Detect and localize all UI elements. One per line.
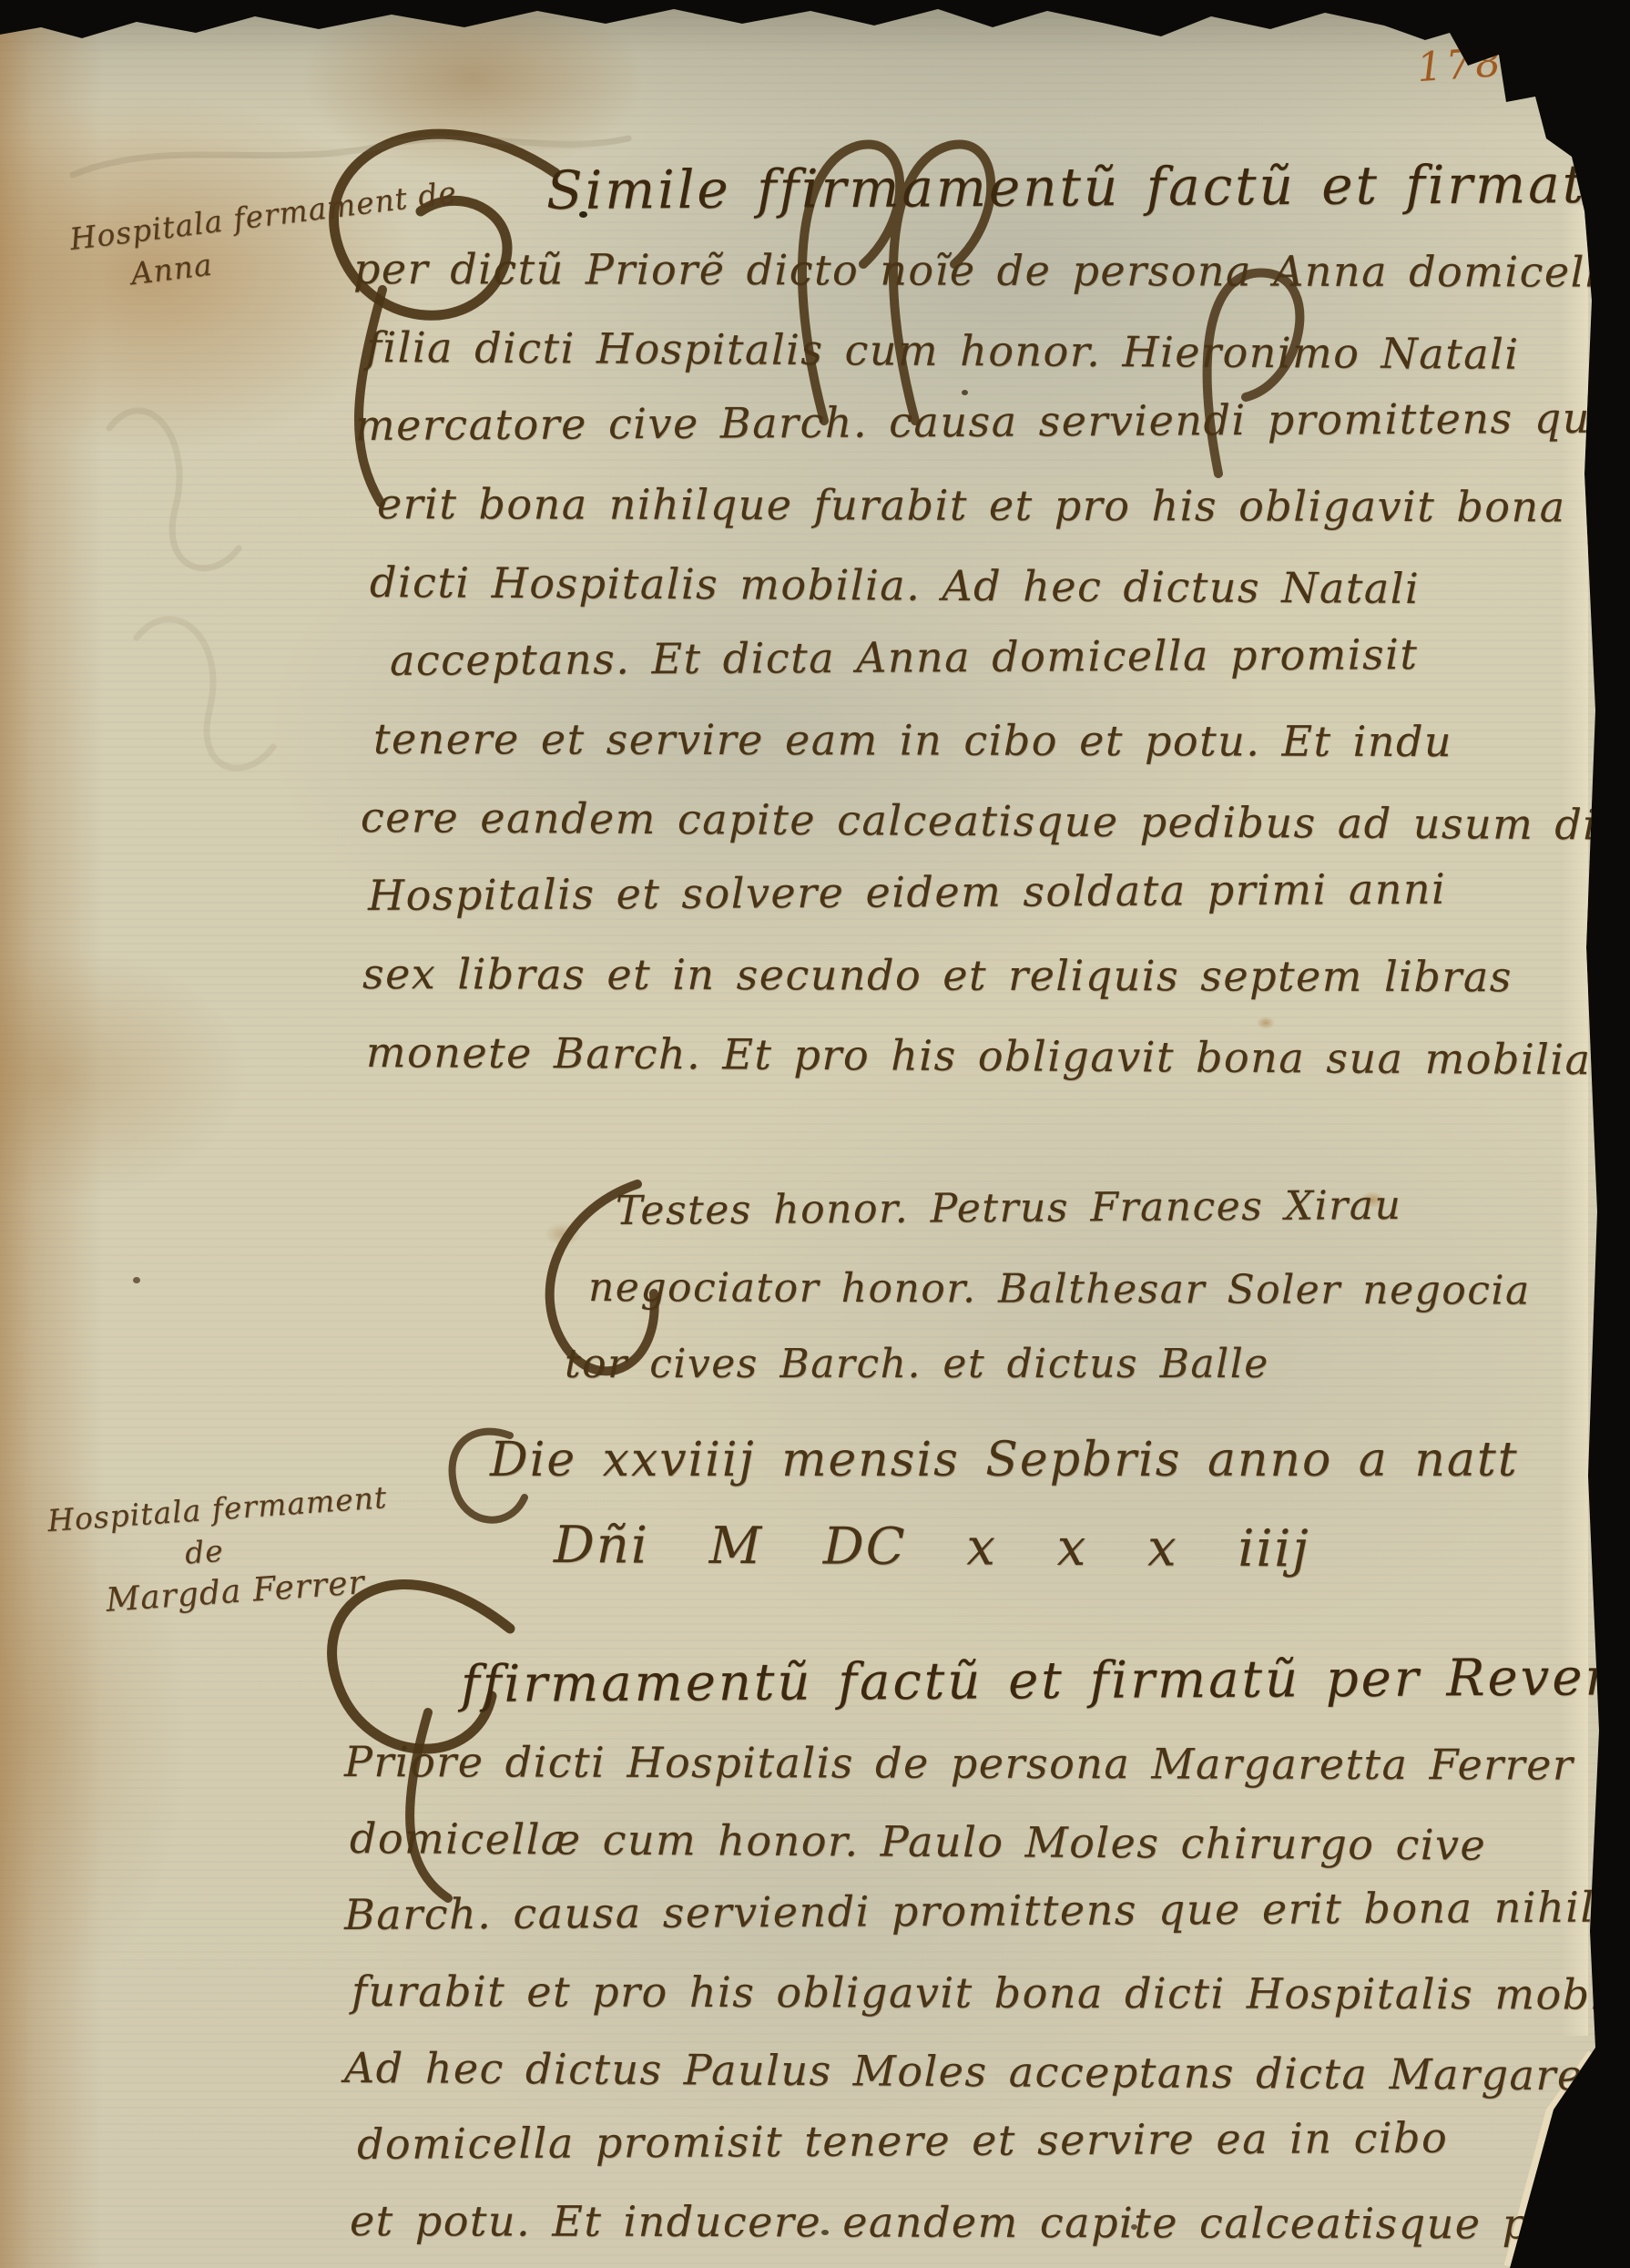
manuscript-line: et potu. Et inducere eandem capite calce… (350, 2182, 1630, 2263)
margin-note-margarida: Hospitala fermament de Margda Ferrer (46, 1476, 394, 1626)
entry-2-text: ffirmamentũ factũ et firmatũ per Reveren… (344, 1647, 1630, 2259)
manuscript-line: Simile ffirmamentũ factũ et firmatũ (546, 145, 1630, 230)
manuscript-line: acceptans. Et dicta Anna domicella promi… (390, 614, 1630, 700)
date-heading: Die xxviiij mensis Sepbris anno a natt D… (490, 1417, 1519, 1589)
manuscript-line: tor cives Barch. et dictus Balle (565, 1326, 1531, 1403)
manuscript-line: per dictũ Priorẽ dicto noĩe de persona A… (353, 230, 1630, 312)
ghost-showthrough-2 (109, 411, 239, 568)
date-line: Die xxviiij mensis Sepbris anno a natt (490, 1417, 1519, 1503)
margin-note-line: Margda Ferrer (105, 1560, 394, 1622)
manuscript-line: Priore dicti Hospitalis de persona Marga… (344, 1723, 1630, 1803)
manuscript-line: ffirmamentũ factũ et firmatũ per Reveren… (461, 1639, 1630, 1723)
manuscript-line: tenere et servire eam in cibo et potu. E… (373, 700, 1630, 782)
manuscript-line: mercatore cive Barch. causa serviendi pr… (355, 378, 1630, 465)
witness-clause: Testes honor. Petrus Frances Xirau negoc… (565, 1173, 1531, 1403)
manuscript-line: furabit et pro his obligavit bona dicti … (351, 1953, 1630, 2033)
date-line: Dñi M DC x x x iiij (554, 1503, 1519, 1594)
manuscript-line: Barch. causa serviendi promittens que er… (344, 1868, 1630, 1953)
manuscript-line: sex libras et in secundo et reliquis sep… (362, 935, 1630, 1017)
manuscript-line: negociator honor. Balthesar Soler negoci… (588, 1250, 1531, 1330)
manuscript-line: Hospitalis et solvere eidem soldata prim… (368, 848, 1630, 935)
manuscript-line: domicella promisit tenere et servire ea … (357, 2098, 1630, 2182)
manuscript-scan: 178 Hospitala fermament de Anna Simile f… (0, 0, 1630, 2268)
manuscript-line: erit bona nihilque furabit et pro his ob… (377, 465, 1630, 547)
manuscript-line: Testes honor. Petrus Frances Xirau (616, 1167, 1531, 1250)
ink-speck (133, 1277, 140, 1283)
ghost-showthrough-3 (137, 619, 273, 768)
manuscript-line: monete Barch. Et pro his obligavit bona … (366, 1013, 1630, 1099)
folio-number: 178 (1415, 39, 1505, 92)
entry-1-text: Simile ffirmamentũ factũ et firmatũ per … (353, 151, 1630, 1091)
manuscript-page: 178 Hospitala fermament de Anna Simile f… (0, 0, 1630, 2268)
